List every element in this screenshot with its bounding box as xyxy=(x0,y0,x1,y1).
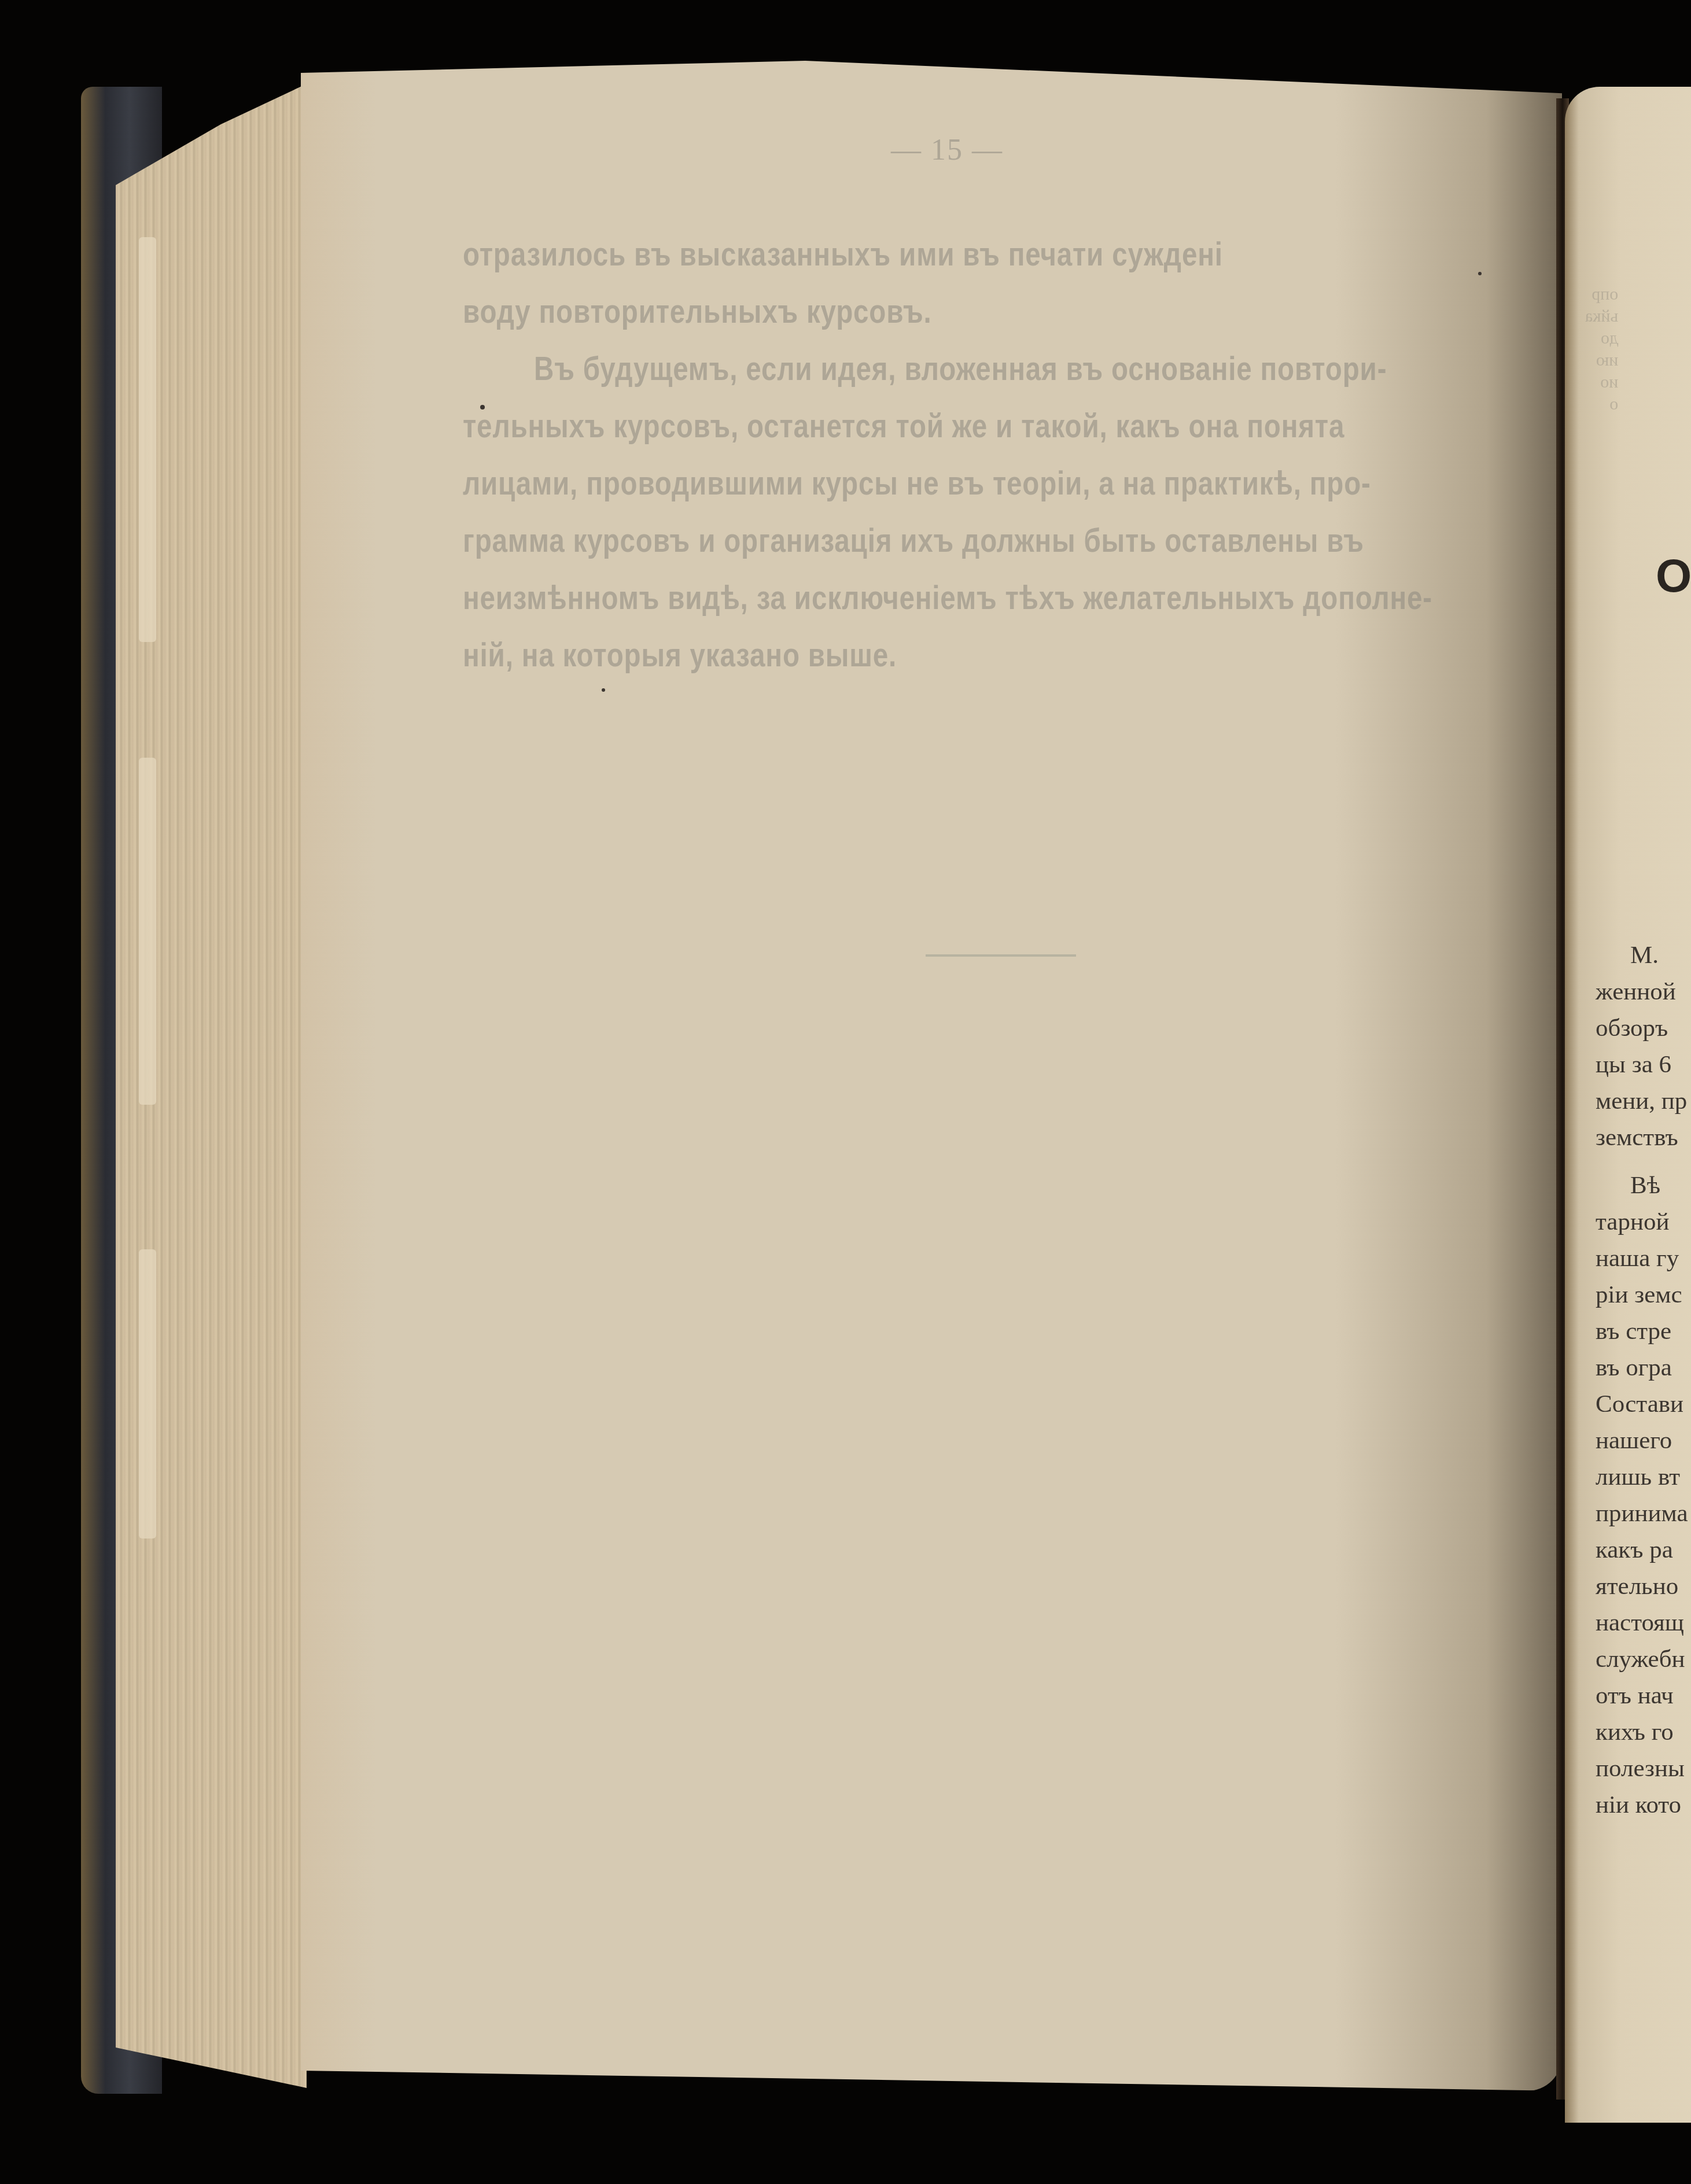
text-line: земствъ xyxy=(1596,1119,1688,1156)
text-line: въ стре xyxy=(1596,1313,1688,1349)
right-page-heading: О xyxy=(1656,549,1691,603)
text-line: полезны xyxy=(1596,1750,1688,1787)
text-line: грамма курсовъ и организація ихъ должны … xyxy=(463,512,1506,569)
text-line: наша гу xyxy=(1596,1240,1688,1277)
text-line: обзоръ xyxy=(1596,1010,1688,1046)
left-page-body: отразилось въ высказанныхъ ими въ печати… xyxy=(463,226,1506,684)
text-line: Состави xyxy=(1596,1386,1688,1422)
paper-speck xyxy=(1478,272,1482,275)
text-line: лишь вт xyxy=(1596,1459,1688,1495)
ghost-line: ьйка xyxy=(1585,305,1618,327)
text-line: кихъ го xyxy=(1596,1714,1688,1750)
ghost-line: до xyxy=(1585,327,1618,349)
page-tab xyxy=(139,1249,156,1539)
text-line: принима xyxy=(1596,1495,1688,1532)
bleed-through-text: опр ьйка до ию ио о xyxy=(1585,283,1618,415)
text-line: тарной xyxy=(1596,1204,1688,1240)
ghost-line: о xyxy=(1585,393,1618,415)
text-line: какъ ра xyxy=(1596,1532,1688,1568)
paper-speck xyxy=(602,688,605,692)
text-line: ніи кото xyxy=(1596,1787,1688,1823)
ghost-line: опр xyxy=(1585,283,1618,305)
text-line: Въ будущемъ, если идея, вложенная въ осн… xyxy=(463,340,1506,397)
text-line: служебн xyxy=(1596,1641,1688,1677)
text-line: женной xyxy=(1596,973,1688,1010)
page-stack-fore-edge xyxy=(116,64,307,2088)
page-number: — 15 — xyxy=(891,133,1003,167)
ghost-line: ио xyxy=(1585,371,1618,393)
text-line: М. xyxy=(1596,937,1688,973)
text-line: отъ нач xyxy=(1596,1677,1688,1714)
text-line: нашего xyxy=(1596,1422,1688,1459)
text-line: лицами, проводившими курсы не въ теоріи,… xyxy=(463,455,1506,512)
text-line: Вѣ xyxy=(1596,1167,1688,1204)
text-line: ятельно xyxy=(1596,1568,1688,1604)
text-line: мени, пр xyxy=(1596,1083,1688,1119)
text-line: тельныхъ курсовъ, останется той же и так… xyxy=(463,397,1506,455)
text-line: воду повторительныхъ курсовъ. xyxy=(463,283,1506,340)
ghost-line: ию xyxy=(1585,349,1618,371)
paper-speck xyxy=(480,405,485,409)
text-line: въ огра xyxy=(1596,1349,1688,1386)
text-line: ріи земс xyxy=(1596,1277,1688,1313)
text-line: цы за 6 xyxy=(1596,1046,1688,1083)
section-separator-rule xyxy=(926,954,1076,957)
text-line: настоящ xyxy=(1596,1604,1688,1641)
page-tab xyxy=(139,237,156,642)
text-line: неизмѣнномъ видѣ, за исключеніемъ тѣхъ ж… xyxy=(463,569,1506,626)
text-line: отразилось въ высказанныхъ ими въ печати… xyxy=(463,226,1506,283)
page-tab xyxy=(139,758,156,1105)
right-page-body: М. женной обзоръ цы за 6 мени, пр земств… xyxy=(1596,937,1688,1823)
text-line: ній, на которыя указано выше. xyxy=(463,626,1506,684)
